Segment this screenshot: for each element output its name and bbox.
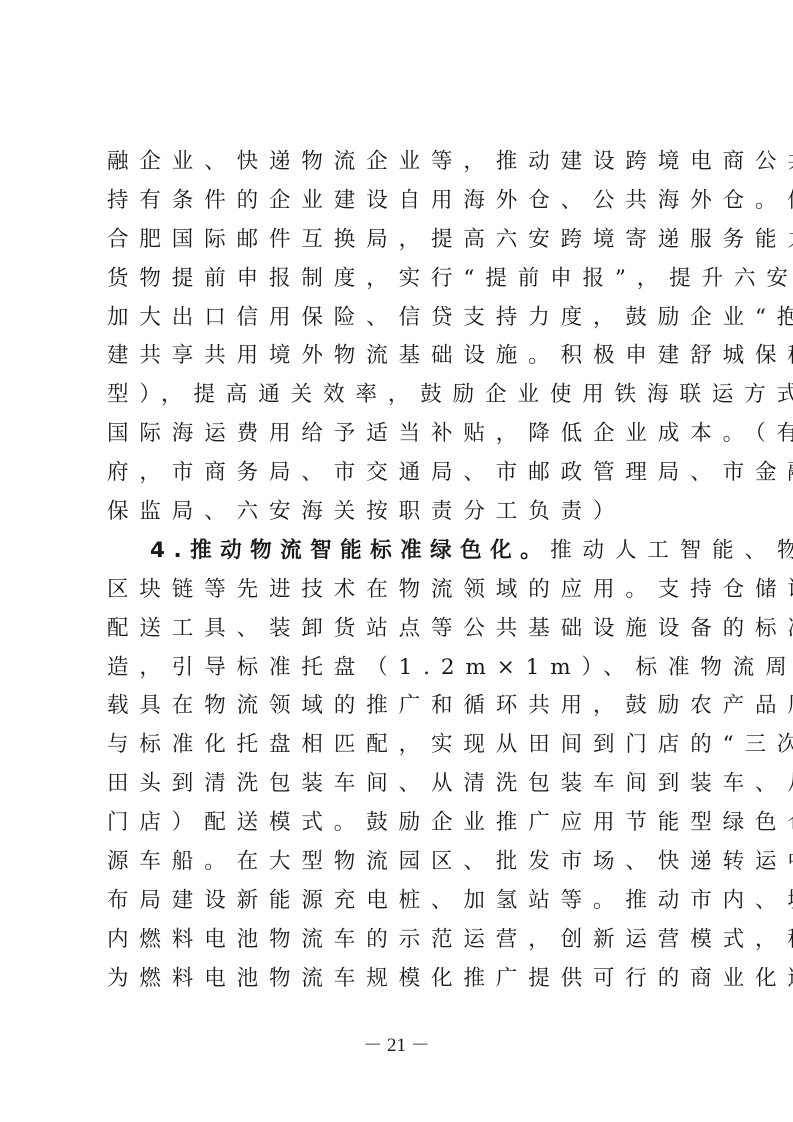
text-line: 门店）配送模式。鼓励企业推广应用节能型绿色仓储设施和新能 [107, 804, 697, 843]
text-line: 型），提高通关效率，鼓励企业使用铁海联运方式出口产品，对 [107, 376, 697, 415]
text-line: 载具在物流领域的推广和循环共用，鼓励农产品周转箱（筐、笼） [107, 687, 697, 726]
section-4-heading: 4.推动物流智能标准绿色化。 [150, 538, 550, 563]
section-4-first-line: 4.推动物流智能标准绿色化。推动人工智能、物联网、5G、 [107, 532, 697, 571]
section-4-lead-text: 推动人工智能、物联网、5G、 [550, 538, 793, 563]
text-line: 建共享共用境外物流基础设施。积极申建舒城保税物流中心（B [107, 337, 697, 376]
text-line: 区块链等先进技术在物流领域的应用。支持仓储设施、搬运工具、 [107, 571, 697, 610]
text-line: 合肥国际邮件互换局，提高六安跨境寄递服务能力。探索进出口 [107, 221, 697, 260]
text-line: 内燃料电池物流车的示范运营，创新运营模式，积累示范经验， [107, 921, 697, 960]
text-line: 布局建设新能源充电桩、加氢站等。推动市内、城际间以及区域 [107, 882, 697, 921]
text-line: 与标准化托盘相匹配，实现从田间到门店的“三次不倒筐”（从 [107, 726, 697, 765]
body-text: 融企业、快递物流企业等，推动建设跨境电商公共服务平台。支 持有条件的企业建设自用… [107, 143, 697, 999]
text-line: 为燃料电池物流车规模化推广提供可行的商业化运营模式。到 [107, 960, 697, 999]
text-line: 府，市商务局、市交通局、市邮政管理局、市金融监管局、市银 [107, 454, 697, 493]
text-line: 融企业、快递物流企业等，推动建设跨境电商公共服务平台。支 [107, 143, 697, 182]
text-line: 货物提前申报制度，实行“提前申报”，提升六安通关服务质量。 [107, 260, 697, 299]
text-line: 国际海运费用给予适当补贴，降低企业成本。（有关县区人民政 [107, 415, 697, 454]
text-line: 加大出口信用保险、信贷支持力度，鼓励企业“抱团出海”，共 [107, 299, 697, 338]
document-page: 融企业、快递物流企业等，推动建设跨境电商公共服务平台。支 持有条件的企业建设自用… [0, 0, 793, 1122]
text-line: 田头到清洗包装车间、从清洗包装车间到装车、从装车到运输至 [107, 765, 697, 804]
text-line: 保监局、六安海关按职责分工负责） [107, 493, 697, 532]
text-line: 持有条件的企业建设自用海外仓、公共海外仓。依托安徽自贸区、 [107, 182, 697, 221]
text-line: 造，引导标准托盘（1.2m×1m）、标准物流周转箱（筐）等物流 [107, 649, 697, 688]
text-line: 配送工具、装卸货站点等公共基础设施设备的标准化建设和改 [107, 610, 697, 649]
text-line: 源车船。在大型物流园区、批发市场、快递转运中心、中心镇等 [107, 843, 697, 882]
page-number: － 21 － [0, 1030, 793, 1057]
